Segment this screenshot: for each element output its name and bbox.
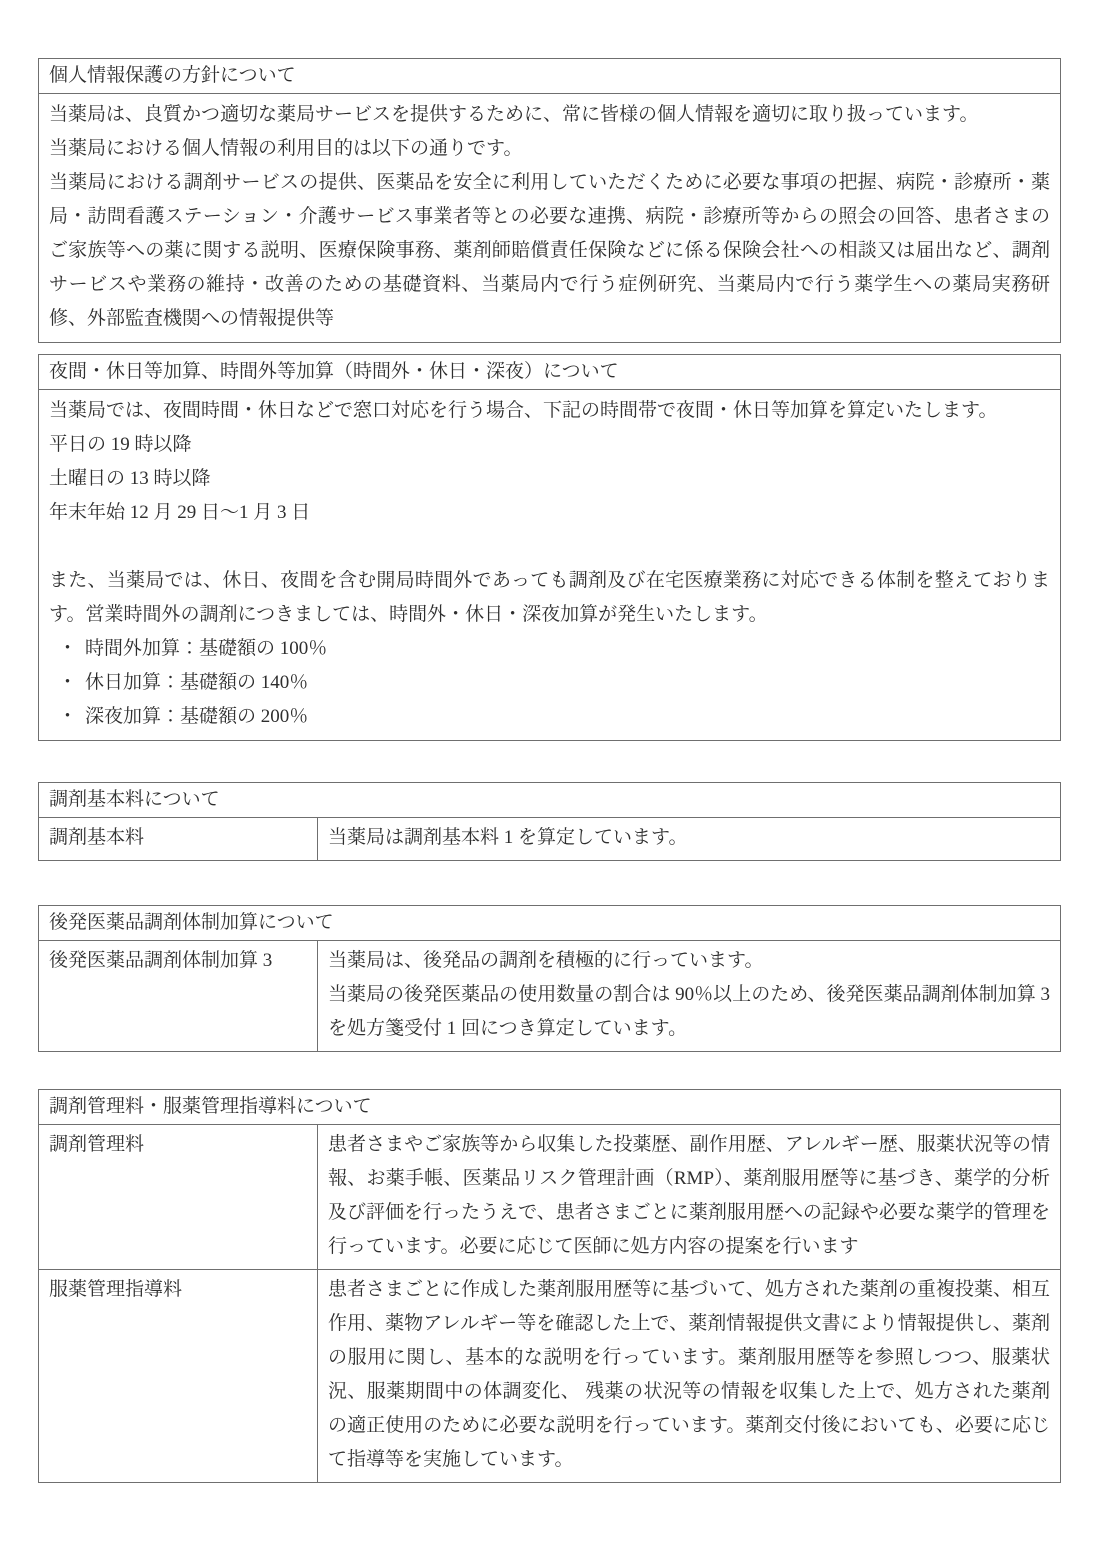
paragraph: 当薬局は、後発品の調剤を積極的に行っています。 [328, 944, 1050, 978]
section-dispensing-base-fee: 調剤基本料について 調剤基本料 当薬局は調剤基本料 1 を算定しています。 [38, 782, 1061, 861]
bullet-icon: ・ [49, 700, 85, 734]
paragraph: 当薬局の後発医薬品の使用数量の割合は 90％以上のため、後発医薬品調剤体制加算 … [328, 978, 1050, 1046]
bullet-item-label: 休日加算：基礎額の 140％ [85, 666, 1050, 700]
bullet-item-label: 時間外加算：基礎額の 100％ [85, 632, 1050, 666]
table-row: 後発医薬品調剤体制加算 3 当薬局は、後発品の調剤を積極的に行っています。 当薬… [39, 941, 1060, 1051]
row-label: 調剤基本料 [39, 818, 318, 860]
section-privacy-policy: 個人情報保護の方針について 当薬局は、良質かつ適切な薬局サービスを提供するために… [38, 58, 1061, 343]
paragraph: 患者さまやご家族等から収集した投薬歴、副作用歴、アレルギー歴、服薬状況等の情報、… [328, 1128, 1050, 1264]
bullet-icon: ・ [49, 666, 85, 700]
row-content: 患者さまやご家族等から収集した投薬歴、副作用歴、アレルギー歴、服薬状況等の情報、… [318, 1125, 1060, 1269]
row-label: 服薬管理指導料 [39, 1270, 318, 1482]
bullet-item: ・ 時間外加算：基礎額の 100％ [49, 632, 1050, 666]
paragraph: 平日の 19 時以降 [49, 428, 1050, 462]
table-row: 服薬管理指導料 患者さまごとに作成した薬剤服用歴等に基づいて、処方された薬剤の重… [39, 1269, 1060, 1482]
paragraph: 当薬局は、良質かつ適切な薬局サービスを提供するために、常に皆様の個人情報を適切に… [49, 98, 1050, 132]
section-generic-drug-addition: 後発医薬品調剤体制加算について 後発医薬品調剤体制加算 3 当薬局は、後発品の調… [38, 905, 1061, 1052]
row-label: 後発医薬品調剤体制加算 3 [39, 941, 318, 1051]
table-row: 調剤基本料 当薬局は調剤基本料 1 を算定しています。 [39, 818, 1060, 860]
section-body: 当薬局は、良質かつ適切な薬局サービスを提供するために、常に皆様の個人情報を適切に… [39, 94, 1060, 342]
bullet-item: ・ 深夜加算：基礎額の 200％ [49, 700, 1050, 734]
row-content: 患者さまごとに作成した薬剤服用歴等に基づいて、処方された薬剤の重複投薬、相互作用… [318, 1270, 1060, 1482]
bullet-item-label: 深夜加算：基礎額の 200％ [85, 700, 1050, 734]
row-content: 当薬局は調剤基本料 1 を算定しています。 [318, 818, 1060, 860]
section-title: 夜間・休日等加算、時間外等加算（時間外・休日・深夜）について [39, 355, 1060, 390]
document-page: 個人情報保護の方針について 当薬局は、良質かつ適切な薬局サービスを提供するために… [38, 0, 1061, 1483]
section-management-guidance-fee: 調剤管理料・服薬管理指導料について 調剤管理料 患者さまやご家族等から収集した投… [38, 1089, 1061, 1483]
paragraph: 当薬局における個人情報の利用目的は以下の通りです。 [49, 132, 1050, 166]
paragraph: 年末年始 12 月 29 日～1 月 3 日 [49, 496, 1050, 530]
paragraph: また、当薬局では、休日、夜間を含む開局時間外であっても調剤及び在宅医療業務に対応… [49, 564, 1050, 632]
section-title: 後発医薬品調剤体制加算について [39, 906, 1060, 941]
section-title: 調剤管理料・服薬管理指導料について [39, 1090, 1060, 1125]
bullet-icon: ・ [49, 632, 85, 666]
section-body: 当薬局では、夜間時間・休日などで窓口対応を行う場合、下記の時間帯で夜間・休日等加… [39, 390, 1060, 740]
paragraph: 患者さまごとに作成した薬剤服用歴等に基づいて、処方された薬剤の重複投薬、相互作用… [328, 1273, 1050, 1477]
paragraph: 当薬局は調剤基本料 1 を算定しています。 [328, 821, 1050, 855]
row-content: 当薬局は、後発品の調剤を積極的に行っています。 当薬局の後発医薬品の使用数量の割… [318, 941, 1060, 1051]
paragraph: 当薬局では、夜間時間・休日などで窓口対応を行う場合、下記の時間帯で夜間・休日等加… [49, 394, 1050, 428]
row-label: 調剤管理料 [39, 1125, 318, 1269]
section-title: 個人情報保護の方針について [39, 59, 1060, 94]
document-body: { "document": { "colors": { "background"… [0, 0, 1112, 1557]
bullet-item: ・ 休日加算：基礎額の 140％ [49, 666, 1050, 700]
table-row: 調剤管理料 患者さまやご家族等から収集した投薬歴、副作用歴、アレルギー歴、服薬状… [39, 1125, 1060, 1269]
paragraph: 土曜日の 13 時以降 [49, 462, 1050, 496]
blank-line [49, 530, 1050, 564]
paragraph: 当薬局における調剤サービスの提供、医薬品を安全に利用していただくために必要な事項… [49, 166, 1050, 336]
section-title: 調剤基本料について [39, 783, 1060, 818]
section-night-holiday-surcharge: 夜間・休日等加算、時間外等加算（時間外・休日・深夜）について 当薬局では、夜間時… [38, 354, 1061, 741]
